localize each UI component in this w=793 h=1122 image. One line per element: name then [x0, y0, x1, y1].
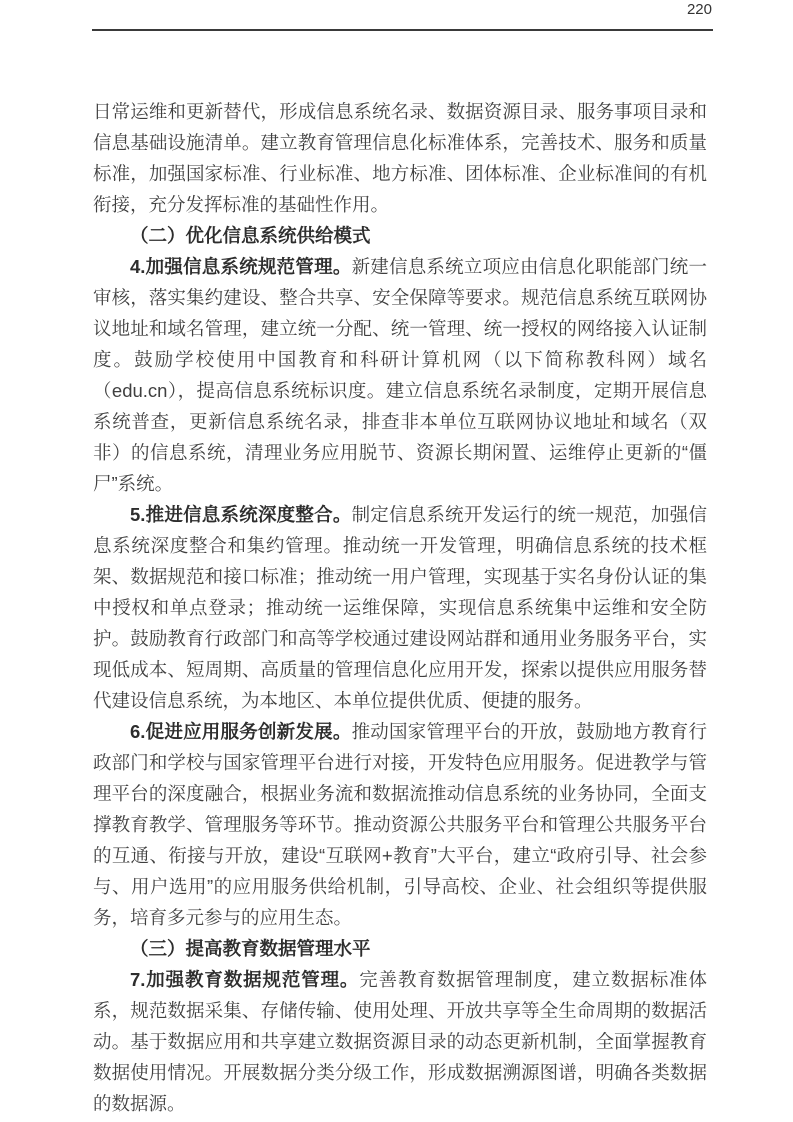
- paragraph-item-5-lead: 5.推进信息系统深度整合。: [130, 504, 352, 525]
- paragraph-item-6-text: 推动国家管理平台的开放，鼓励地方教育行政部门和学校与国家管理平台进行对接，开发特…: [93, 721, 707, 928]
- paragraph-item-7: 7.加强教育数据规范管理。完善教育数据管理制度，建立数据标准体系，规范数据采集、…: [93, 964, 707, 1119]
- section-heading-2: （二）优化信息系统供给模式: [93, 220, 707, 251]
- document-content: 日常运维和更新替代，形成信息系统名录、数据资源目录、服务事项目录和信息基础设施清…: [93, 96, 707, 1119]
- paragraph-item-7-text: 完善教育数据管理制度，建立数据标准体系，规范数据采集、存储传输、使用处理、开放共…: [93, 969, 707, 1114]
- document-page: 220 日常运维和更新替代，形成信息系统名录、数据资源目录、服务事项目录和信息基…: [0, 0, 793, 1122]
- paragraph-item-4: 4.加强信息系统规范管理。新建信息系统立项应由信息化职能部门统一审核，落实集约建…: [93, 251, 707, 499]
- paragraph-item-7-lead: 7.加强教育数据规范管理。: [130, 969, 359, 990]
- paragraph-item-4-lead: 4.加强信息系统规范管理。: [130, 256, 352, 277]
- paragraph-item-6: 6.促进应用服务创新发展。推动国家管理平台的开放，鼓励地方教育行政部门和学校与国…: [93, 716, 707, 933]
- paragraph-item-6-lead: 6.促进应用服务创新发展。: [130, 721, 352, 742]
- section-heading-3: （三）提高教育数据管理水平: [93, 933, 707, 964]
- paragraph-continuation: 日常运维和更新替代，形成信息系统名录、数据资源目录、服务事项目录和信息基础设施清…: [93, 96, 707, 220]
- page-number: 220: [687, 2, 712, 17]
- paragraph-item-5-text: 制定信息系统开发运行的统一规范，加强信息系统深度整合和集约管理。推动统一开发管理…: [93, 504, 707, 711]
- header-rule: [92, 29, 713, 31]
- paragraph-item-5: 5.推进信息系统深度整合。制定信息系统开发运行的统一规范，加强信息系统深度整合和…: [93, 499, 707, 716]
- paragraph-item-4-text: 新建信息系统立项应由信息化职能部门统一审核，落实集约建设、整合共享、安全保障等要…: [93, 256, 707, 494]
